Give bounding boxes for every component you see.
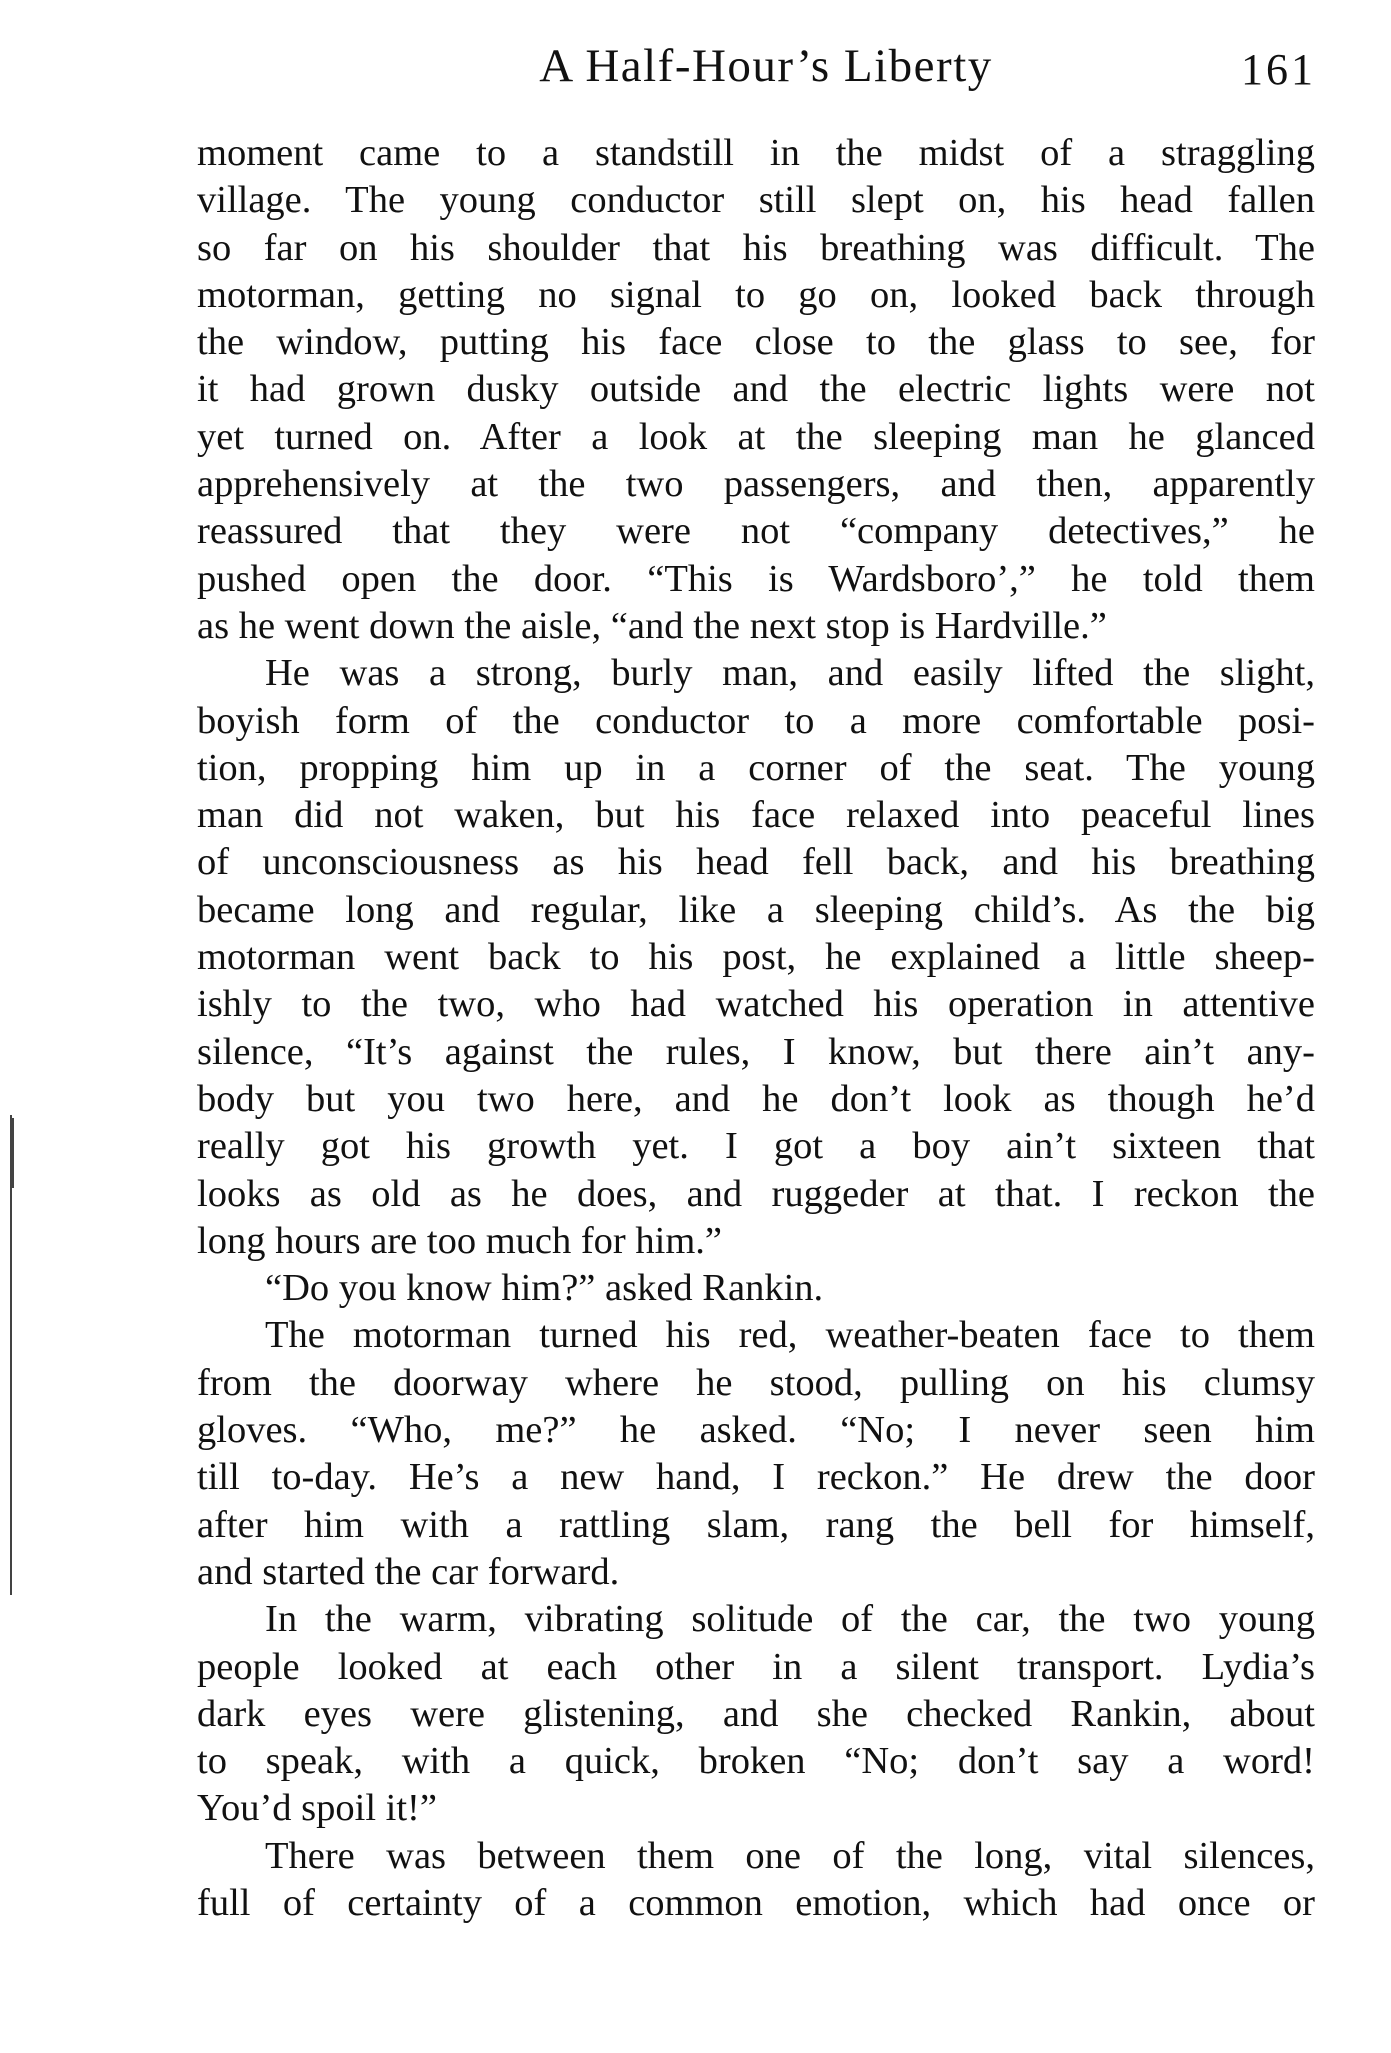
text-line: reassured that they were not “company de…: [197, 508, 1315, 555]
text-line: after him with a rattling slam, rang the…: [197, 1502, 1315, 1549]
text-line: of unconsciousness as his head fell back…: [197, 839, 1315, 886]
text-line: so far on his shoulder that his breathin…: [197, 225, 1315, 272]
text-line: man did not waken, but his face relaxed …: [197, 792, 1315, 839]
text-line: ishly to the two, who had watched his op…: [197, 981, 1315, 1028]
text-line: tion, propping him up in a corner of the…: [197, 745, 1315, 792]
text-line: as he went down the aisle, “and the next…: [197, 603, 1315, 650]
body-text: moment came to a standstill in the midst…: [197, 130, 1315, 1927]
text-line: people looked at each other in a silent …: [197, 1644, 1315, 1691]
text-line: really got his growth yet. I got a boy a…: [197, 1123, 1315, 1170]
text-line: You’d spoil it!”: [197, 1785, 1315, 1832]
margin-scan-mark: [12, 1118, 14, 1188]
text-line: village. The young conductor still slept…: [197, 177, 1315, 224]
text-line: long hours are too much for him.”: [197, 1218, 1315, 1265]
paragraph-start-line: There was between them one of the long, …: [197, 1833, 1315, 1880]
running-title: A Half-Hour’s Liberty: [196, 36, 1316, 96]
text-line: and started the car forward.: [197, 1549, 1315, 1596]
running-header: A Half-Hour’s Liberty 161: [196, 36, 1316, 96]
text-line: looks as old as he does, and ruggeder at…: [197, 1171, 1315, 1218]
book-page: A Half-Hour’s Liberty 161 moment came to…: [0, 0, 1391, 2053]
text-line: silence, “It’s against the rules, I know…: [197, 1029, 1315, 1076]
text-line: boyish form of the conductor to a more c…: [197, 698, 1315, 745]
text-line: apprehensively at the two passengers, an…: [197, 461, 1315, 508]
paragraph-start-line: He was a strong, burly man, and easily l…: [197, 650, 1315, 697]
text-line: motorman, getting no signal to go on, lo…: [197, 272, 1315, 319]
text-line: body but you two here, and he don’t look…: [197, 1076, 1315, 1123]
paragraph-start-line: The motorman turned his red, weather-bea…: [197, 1312, 1315, 1359]
text-line: gloves. “Who, me?” he asked. “No; I neve…: [197, 1407, 1315, 1454]
text-line: the window, putting his face close to th…: [197, 319, 1315, 366]
margin-scan-line: [10, 1115, 12, 1595]
text-line: full of certainty of a common emotion, w…: [197, 1880, 1315, 1927]
text-line: motorman went back to his post, he expla…: [197, 934, 1315, 981]
text-line: moment came to a standstill in the midst…: [197, 130, 1315, 177]
text-line: from the doorway where he stood, pulling…: [197, 1360, 1315, 1407]
text-line: pushed open the door. “This is Wardsboro…: [197, 556, 1315, 603]
text-line: dark eyes were glistening, and she check…: [197, 1691, 1315, 1738]
text-line: yet turned on. After a look at the sleep…: [197, 414, 1315, 461]
text-line: it had grown dusky outside and the elect…: [197, 366, 1315, 413]
page-number: 161: [1241, 40, 1316, 100]
text-line: to speak, with a quick, broken “No; don’…: [197, 1738, 1315, 1785]
paragraph-start-line: In the warm, vibrating solitude of the c…: [197, 1596, 1315, 1643]
paragraph-start-line: “Do you know him?” asked Rankin.: [197, 1265, 1315, 1312]
text-line: became long and regular, like a sleeping…: [197, 887, 1315, 934]
text-line: till to-day. He’s a new hand, I reckon.”…: [197, 1454, 1315, 1501]
